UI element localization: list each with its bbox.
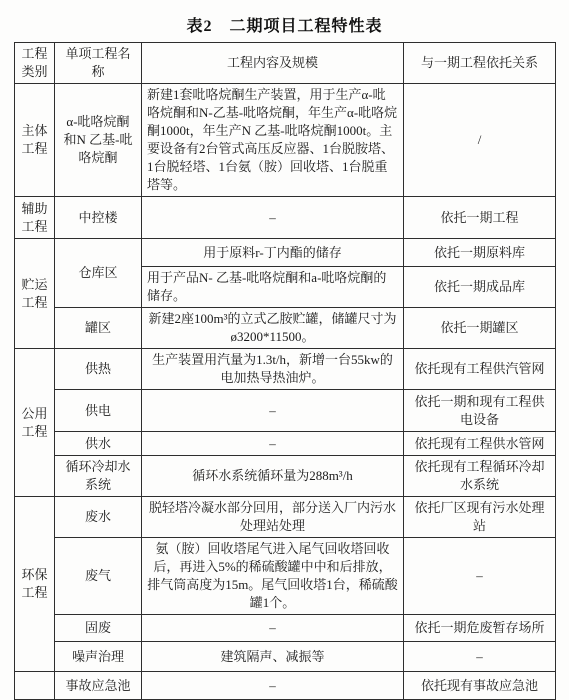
content-cell: 新建2座100m³的立式乙胺贮罐，储罐尺寸为ø3200*11500。 — [142, 308, 404, 349]
category-cell: 主体工程 — [15, 84, 55, 197]
category-cell — [15, 672, 55, 700]
content-cell: – — [142, 390, 404, 432]
table-row-wastewater: 环保工程 废水 脱轻塔冷凝水部分回用，部分送入厂内污水处理站处理 依托厂区现有污… — [15, 497, 556, 538]
table-row-waste-gas: 废气 氨（胺）回收塔尾气进入尾气回收塔回收后，再进入5%的稀硫酸罐中中和后排放，… — [15, 538, 556, 615]
reliance-cell: – — [404, 642, 556, 672]
project-name-cell: 事故应急池 — [55, 672, 142, 700]
table-row-tank-area: 罐区 新建2座100m³的立式乙胺贮罐，储罐尺寸为ø3200*11500。 依托… — [15, 308, 556, 349]
header-project-name: 单项工程名称 — [55, 43, 142, 84]
reliance-cell: 依托厂区现有污水处理站 — [404, 497, 556, 538]
header-reliance: 与一期工程依托关系 — [404, 43, 556, 84]
project-name-cell: 仓库区 — [55, 239, 142, 308]
project-name-cell: 循环冷却水系统 — [55, 456, 142, 497]
project-name-cell: 罐区 — [55, 308, 142, 349]
project-name-cell: 中控楼 — [55, 197, 142, 239]
category-cell: 公用工程 — [15, 349, 55, 497]
table-row-cooling-water: 循环冷却水系统 循环水系统循环量为288m³/h 依托现有工程循环冷却水系统 — [15, 456, 556, 497]
category-cell: 环保工程 — [15, 497, 55, 672]
content-cell: – — [142, 197, 404, 239]
project-name-cell: α-吡咯烷酮和N 乙基-吡咯烷酮 — [55, 84, 142, 197]
reliance-cell: 依托一期罐区 — [404, 308, 556, 349]
content-cell: 建筑隔声、减振等 — [142, 642, 404, 672]
document-page: 表2 二期项目工程特性表 工程类别 单项工程名称 工程内容及规模 与一期工程依托… — [0, 0, 569, 700]
project-name-cell: 供水 — [55, 432, 142, 456]
content-cell: 生产装置用汽量为1.3t/h，新增一台55kw的电加热导热油炉。 — [142, 349, 404, 390]
reliance-cell: 依托现有工程循环冷却水系统 — [404, 456, 556, 497]
project-name-cell: 废水 — [55, 497, 142, 538]
category-cell: 贮运工程 — [15, 239, 55, 349]
table-title: 表2 二期项目工程特性表 — [14, 13, 555, 36]
content-cell: – — [142, 672, 404, 700]
project-name-cell: 供电 — [55, 390, 142, 432]
project-name-cell: 噪声治理 — [55, 642, 142, 672]
table-row-storage-raw: 贮运工程 仓库区 用于原料r-丁内酯的储存 依托一期原料库 — [15, 239, 556, 267]
reliance-cell: 依托一期原料库 — [404, 239, 556, 267]
content-cell: 循环水系统循环量为288m³/h — [142, 456, 404, 497]
content-cell: – — [142, 432, 404, 456]
content-cell: 用于产品N- 乙基-吡咯烷酮和a-吡咯烷酮的储存。 — [142, 267, 404, 308]
table-row-noise-control: 噪声治理 建筑隔声、减振等 – — [15, 642, 556, 672]
header-category: 工程类别 — [15, 43, 55, 84]
table-row-main-works: 主体工程 α-吡咯烷酮和N 乙基-吡咯烷酮 新建1套吡咯烷酮生产装置，用于生产α… — [15, 84, 556, 197]
project-characteristics-table: 工程类别 单项工程名称 工程内容及规模 与一期工程依托关系 主体工程 α-吡咯烷… — [14, 42, 556, 700]
project-name-cell: 供热 — [55, 349, 142, 390]
reliance-cell: 依托现有工程供汽管网 — [404, 349, 556, 390]
content-cell: 脱轻塔冷凝水部分回用，部分送入厂内污水处理站处理 — [142, 497, 404, 538]
content-cell: 用于原料r-丁内酯的储存 — [142, 239, 404, 267]
table-row-water-supply: 供水 – 依托现有工程供水管网 — [15, 432, 556, 456]
reliance-cell: 依托现有事故应急池 — [404, 672, 556, 700]
reliance-cell: 依托一期工程 — [404, 197, 556, 239]
header-content-scale: 工程内容及规模 — [142, 43, 404, 84]
reliance-cell: 依托一期和现有工程供电设备 — [404, 390, 556, 432]
table-row-emergency-pool: 事故应急池 – 依托现有事故应急池 — [15, 672, 556, 700]
content-cell: – — [142, 615, 404, 642]
table-row-auxiliary-works: 辅助工程 中控楼 – 依托一期工程 — [15, 197, 556, 239]
reliance-cell: 依托一期成品库 — [404, 267, 556, 308]
reliance-cell: 依托现有工程供水管网 — [404, 432, 556, 456]
table-row-heat-supply: 公用工程 供热 生产装置用汽量为1.3t/h，新增一台55kw的电加热导热油炉。… — [15, 349, 556, 390]
reliance-cell: 依托一期危废暂存场所 — [404, 615, 556, 642]
reliance-cell: – — [404, 538, 556, 615]
project-name-cell: 固废 — [55, 615, 142, 642]
content-cell: 氨（胺）回收塔尾气进入尾气回收塔回收后，再进入5%的稀硫酸罐中中和后排放，排气筒… — [142, 538, 404, 615]
category-cell: 辅助工程 — [15, 197, 55, 239]
table-row-solid-waste: 固废 – 依托一期危废暂存场所 — [15, 615, 556, 642]
content-cell: 新建1套吡咯烷酮生产装置，用于生产α-吡咯烷酮和N-乙基-吡咯烷酮，年生产α-吡… — [142, 84, 404, 197]
table-row-power-supply: 供电 – 依托一期和现有工程供电设备 — [15, 390, 556, 432]
project-name-cell: 废气 — [55, 538, 142, 615]
header-row: 工程类别 单项工程名称 工程内容及规模 与一期工程依托关系 — [15, 43, 556, 84]
reliance-cell: / — [404, 84, 556, 197]
